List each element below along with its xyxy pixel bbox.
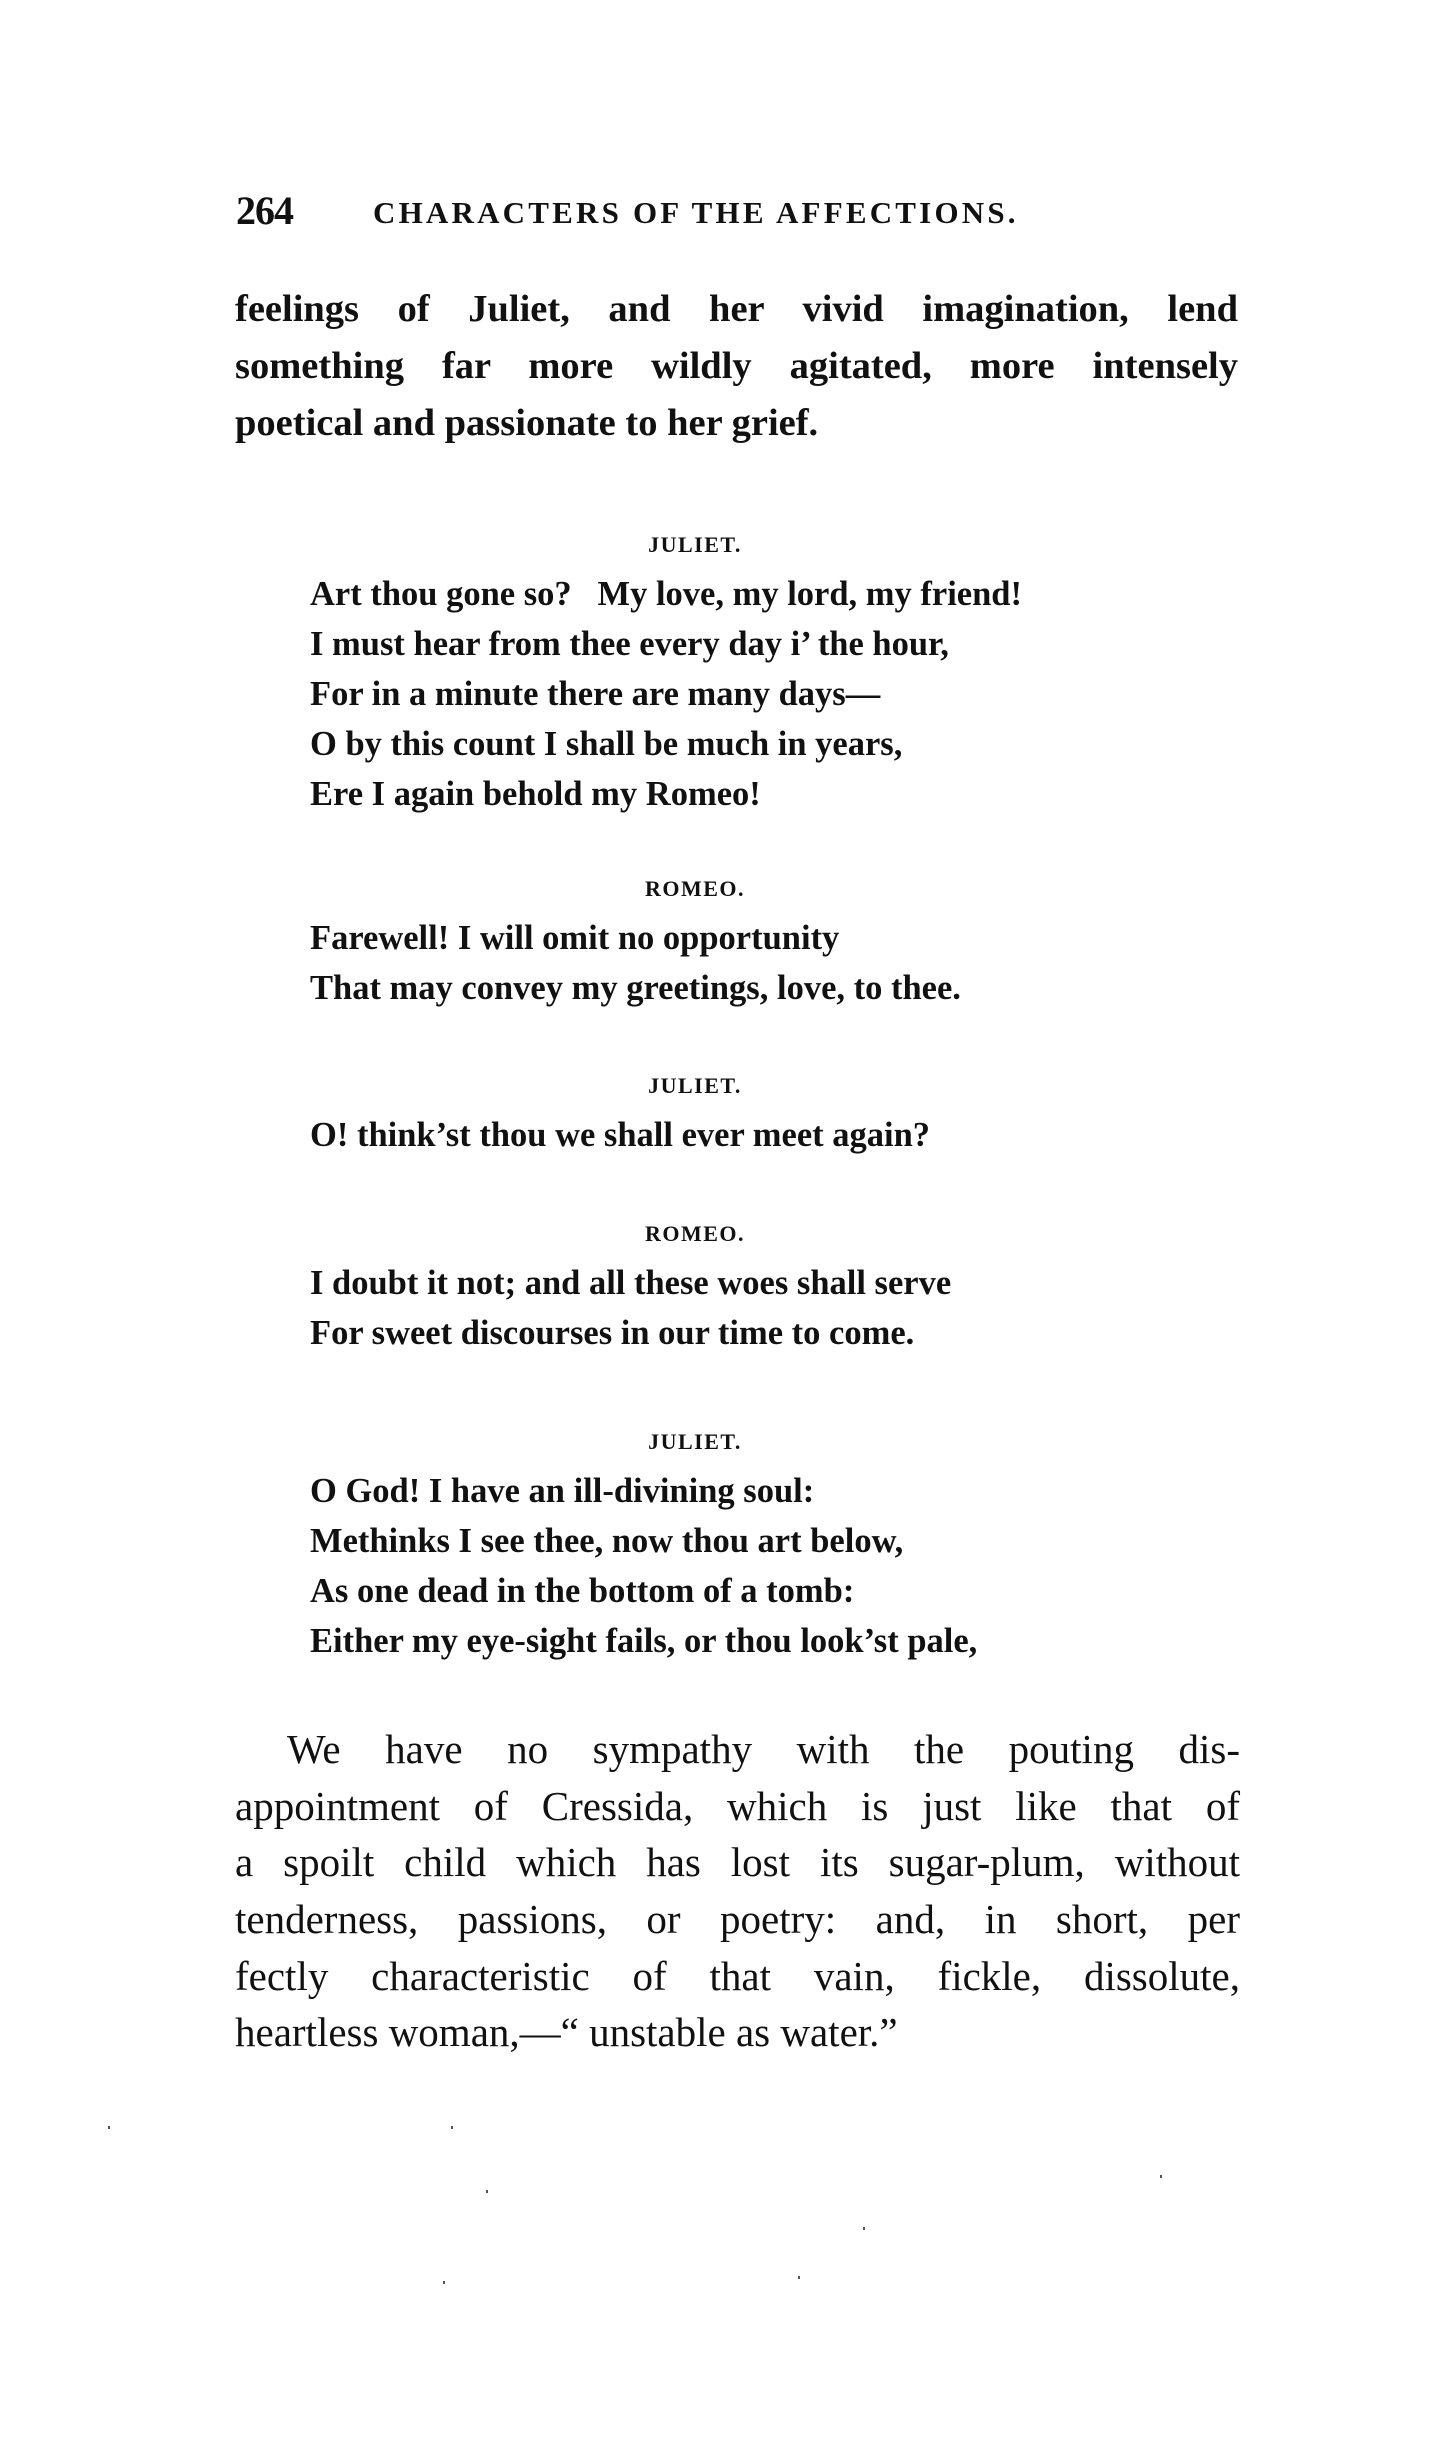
speech-juliet-1: JULIET. Art thou gone so? My love, my lo… bbox=[310, 533, 1210, 819]
verse-line: I doubt it not; and all these woes shall… bbox=[310, 1258, 1210, 1308]
scan-speck bbox=[486, 2190, 488, 2193]
verse-line: Art thou gone so? My love, my lord, my f… bbox=[310, 569, 1210, 619]
opening-paragraph: feelings of Juliet, and her vivid imagin… bbox=[235, 281, 1238, 452]
verse-line: For sweet discourses in our time to come… bbox=[310, 1308, 1210, 1358]
speaker-name: JULIET. bbox=[310, 533, 1080, 557]
scan-speck bbox=[108, 2126, 110, 2129]
page-number: 264 bbox=[236, 186, 293, 236]
paragraph-line: fectly characteristic of that vain, fick… bbox=[235, 1948, 1240, 2005]
paragraph-line: tenderness, passions, or poetry: and, in… bbox=[235, 1891, 1240, 1948]
speaker-name: ROMEO. bbox=[310, 877, 1080, 901]
running-title: CHARACTERS OF THE AFFECTIONS. bbox=[373, 190, 1019, 236]
paragraph-line: We have no sympathy with the pouting dis… bbox=[235, 1721, 1240, 1778]
verse-line: For in a minute there are many days— bbox=[310, 669, 1210, 719]
verse-line: O! think’st thou we shall ever meet agai… bbox=[310, 1110, 1210, 1160]
verse-line: That may convey my greetings, love, to t… bbox=[310, 963, 1210, 1013]
paragraph-line: heartless woman,—“ unstable as water.” bbox=[235, 2004, 1240, 2061]
scan-speck bbox=[798, 2276, 800, 2279]
verse-line: Farewell! I will omit no opportunity bbox=[310, 913, 1210, 963]
verse-line: Ere I again behold my Romeo! bbox=[310, 769, 1210, 819]
speech-romeo-2: ROMEO. I doubt it not; and all these woe… bbox=[310, 1222, 1210, 1358]
paragraph-line: something far more wildly agitated, more… bbox=[235, 338, 1238, 395]
speech-juliet-3: JULIET. O God! I have an ill-divining so… bbox=[310, 1430, 1210, 1666]
paragraph-line: a spoilt child which has lost its sugar-… bbox=[235, 1834, 1240, 1891]
scan-speck bbox=[443, 2281, 445, 2284]
verse-line: O by this count I shall be much in years… bbox=[310, 719, 1210, 769]
paragraph-line: poetical and passionate to her grief. bbox=[235, 395, 1238, 452]
scan-speck bbox=[451, 2126, 453, 2129]
speech-romeo-1: ROMEO. Farewell! I will omit no opportun… bbox=[310, 877, 1210, 1013]
scan-speck bbox=[863, 2227, 865, 2230]
paragraph-line: appointment of Cressida, which is just l… bbox=[235, 1778, 1240, 1835]
scan-speck bbox=[1160, 2175, 1162, 2178]
verse-line: O God! I have an ill-divining soul: bbox=[310, 1466, 1210, 1516]
speaker-name: JULIET. bbox=[310, 1430, 1080, 1454]
speech-juliet-2: JULIET. O! think’st thou we shall ever m… bbox=[310, 1074, 1210, 1160]
running-head: 264 CHARACTERS OF THE AFFECTIONS. bbox=[236, 186, 1136, 236]
speaker-name: ROMEO. bbox=[310, 1222, 1080, 1246]
verse-line: I must hear from thee every day i’ the h… bbox=[310, 619, 1210, 669]
paragraph-line: feelings of Juliet, and her vivid imagin… bbox=[235, 281, 1238, 338]
verse-line: Methinks I see thee, now thou art below, bbox=[310, 1516, 1210, 1566]
verse-line: As one dead in the bottom of a tomb: bbox=[310, 1566, 1210, 1616]
book-page: 264 CHARACTERS OF THE AFFECTIONS. feelin… bbox=[0, 0, 1438, 2438]
closing-paragraph: We have no sympathy with the pouting dis… bbox=[235, 1721, 1240, 2061]
verse-line: Either my eye-sight fails, or thou look’… bbox=[310, 1616, 1210, 1666]
speaker-name: JULIET. bbox=[310, 1074, 1080, 1098]
